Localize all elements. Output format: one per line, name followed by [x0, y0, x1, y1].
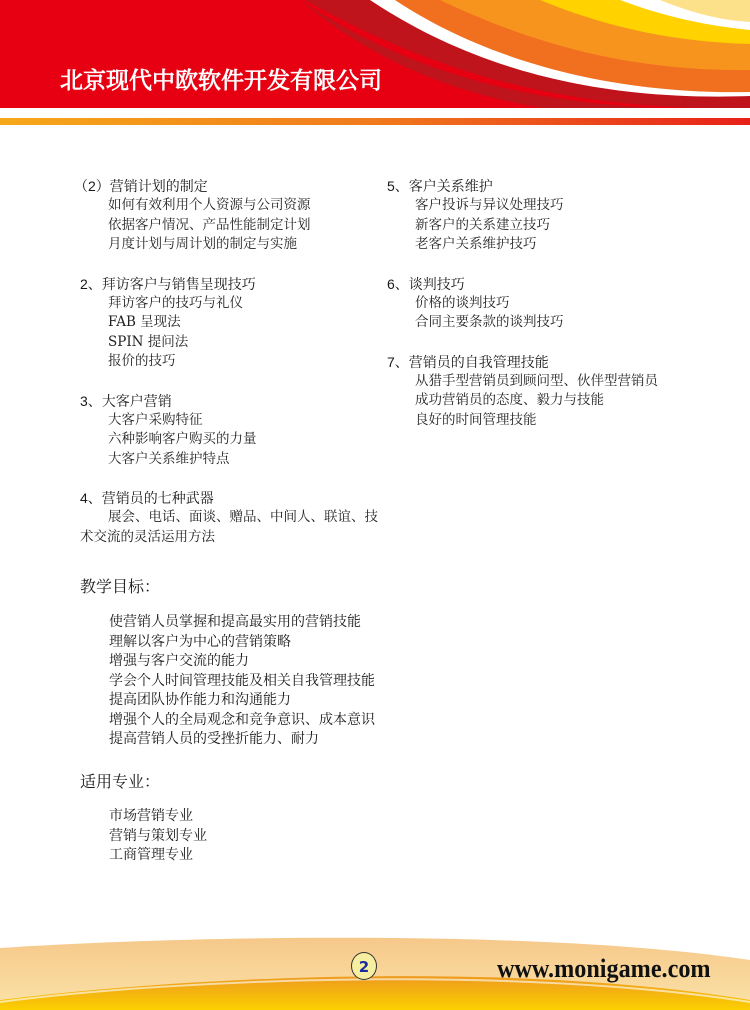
- teaching-goals-title: 教学目标：: [80, 574, 160, 597]
- goal-item: 提高营销人员的受挫折能力、耐力: [109, 729, 375, 749]
- section-client-visit: 2、拜访客户与销售呈现技巧 拜访客户的技巧与礼仪 FAB 呈现法 SPIN 提问…: [80, 274, 380, 372]
- page-number-badge: 2: [351, 952, 377, 980]
- teaching-goals-list: 使营销人员掌握和提高最实用的营销技能 理解以客户为中心的营销策略 增强与客户交流…: [109, 612, 375, 749]
- major-item: 营销与策划专业: [109, 826, 207, 846]
- section-title: 2、拜访客户与销售呈现技巧: [80, 274, 380, 294]
- section-item: 大客户关系维护特点: [80, 450, 380, 470]
- section-item: 依据客户情况、产品性能制定计划: [80, 216, 380, 236]
- header-banner: 北京现代中欧软件开发有限公司: [0, 0, 750, 130]
- section-item: 客户投诉与异议处理技巧: [387, 196, 707, 216]
- section-item: 良好的时间管理技能: [387, 411, 707, 431]
- section-title: 7、营销员的自我管理技能: [387, 352, 707, 372]
- section-marketing-plan: （2）营销计划的制定 如何有效利用个人资源与公司资源 依据客户情况、产品性能制定…: [80, 176, 380, 255]
- section-item: 如何有效利用个人资源与公司资源: [80, 196, 380, 216]
- section-title: 4、营销员的七种武器: [80, 488, 380, 508]
- section-item: 老客户关系维护技巧: [387, 235, 707, 255]
- majors-list: 市场营销专业 营销与策划专业 工商管理专业: [109, 806, 207, 865]
- section-item: 价格的谈判技巧: [387, 294, 707, 314]
- major-item: 市场营销专业: [109, 806, 207, 826]
- goal-item: 提高团队协作能力和沟通能力: [109, 690, 375, 710]
- major-item: 工商管理专业: [109, 845, 207, 865]
- section-item: 拜访客户的技巧与礼仪: [80, 294, 380, 314]
- section-title: 6、谈判技巧: [387, 274, 707, 294]
- goal-item: 理解以客户为中心的营销策略: [109, 632, 375, 652]
- section-item: 从猎手型营销员到顾问型、伙伴型营销员: [387, 372, 677, 392]
- goal-item: 增强与客户交流的能力: [109, 651, 375, 671]
- section-key-accounts: 3、大客户营销 大客户采购特征 六种影响客户购买的力量 大客户关系维护特点: [80, 391, 380, 470]
- section-item: 大客户采购特征: [80, 411, 380, 431]
- section-item: 展会、电话、面谈、赠品、中间人、联谊、技术交流的灵活运用方法: [80, 508, 380, 547]
- section-seven-weapons: 4、营销员的七种武器 展会、电话、面谈、赠品、中间人、联谊、技术交流的灵活运用方…: [80, 488, 380, 547]
- section-item: 新客户的关系建立技巧: [387, 216, 707, 236]
- website-url: www.monigame.com: [497, 954, 711, 984]
- right-column: 5、客户关系维护 客户投诉与异议处理技巧 新客户的关系建立技巧 老客户关系维护技…: [387, 176, 707, 449]
- section-negotiation: 6、谈判技巧 价格的谈判技巧 合同主要条款的谈判技巧: [387, 274, 707, 333]
- section-item: 六种影响客户购买的力量: [80, 430, 380, 450]
- section-client-relations: 5、客户关系维护 客户投诉与异议处理技巧 新客户的关系建立技巧 老客户关系维护技…: [387, 176, 707, 255]
- goal-item: 增强个人的全局观念和竞争意识、成本意识: [109, 710, 375, 730]
- majors-title: 适用专业：: [80, 769, 160, 792]
- goal-item: 学会个人时间管理技能及相关自我管理技能: [109, 671, 375, 691]
- section-title: 3、大客户营销: [80, 391, 380, 411]
- section-item: 月度计划与周计划的制定与实施: [80, 235, 380, 255]
- section-item: SPIN 提问法: [80, 333, 380, 353]
- section-title: 5、客户关系维护: [387, 176, 707, 196]
- section-self-management: 7、营销员的自我管理技能 从猎手型营销员到顾问型、伙伴型营销员 成功营销员的态度…: [387, 352, 707, 431]
- section-item: 合同主要条款的谈判技巧: [387, 313, 707, 333]
- section-item: 报价的技巧: [80, 352, 380, 372]
- company-name: 北京现代中欧软件开发有限公司: [60, 62, 382, 95]
- section-item: FAB 呈现法: [80, 313, 380, 333]
- left-column: （2）营销计划的制定 如何有效利用个人资源与公司资源 依据客户情况、产品性能制定…: [80, 176, 380, 566]
- section-item: 成功营销员的态度、毅力与技能: [387, 391, 707, 411]
- goal-item: 使营销人员掌握和提高最实用的营销技能: [109, 612, 375, 632]
- section-title: （2）营销计划的制定: [74, 176, 380, 196]
